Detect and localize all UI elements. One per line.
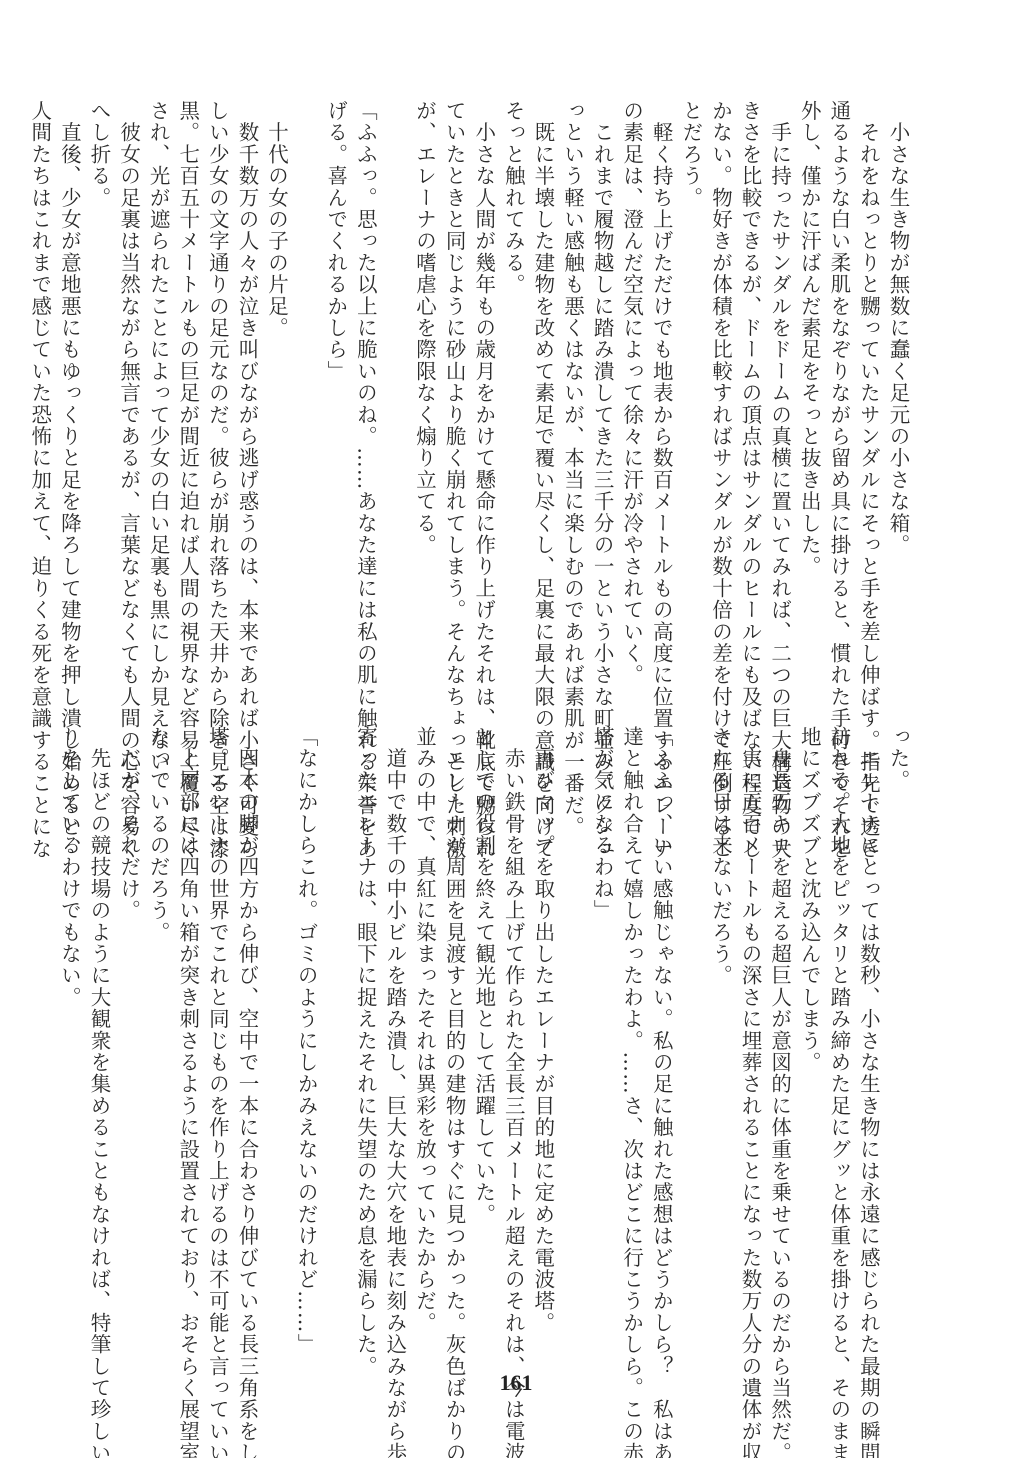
text-line: 地にズブズブと沈み込んでしまう。 (794, 726, 824, 1326)
text-line: った。 (882, 726, 912, 1326)
text-line: なっているのだろう。 (143, 726, 173, 1326)
text-line: へし折る。 (83, 100, 113, 700)
text-block-bottom: った。 エレーナにとっては数秒、小さな生き物には永遠に感じられた最期の瞬間が訪れ… (132, 726, 912, 1326)
text-line: エレーナにとっては数秒、小さな生き物には永遠に感じられた最期の瞬間が (853, 726, 883, 1326)
text-line: が、エレーナの嗜虐心を際限なく煽り立てる。 (409, 100, 439, 700)
text-line: 塔が気になるわね」 (586, 726, 616, 1326)
text-line: 「ふふっ。思った以上に脆いのね。……あなた達には私の肌に触れる栄誉をあ (350, 100, 380, 700)
text-line: 手に持ったサンダルをドームの真横に置いてみれば、二つの巨大構造物の大 (764, 100, 794, 700)
text-line: 数千数万の人々が泣き叫びながら逃げ惑うのは、本来であれば小さく可愛ら (231, 100, 261, 700)
book-page: 小さな生き物が無数に蠢く足元の小さな箱。 それをねっとりと嬲っていたサンダルにそ… (0, 0, 1032, 1458)
text-line: 通るような白い柔肌をなぞりながら留め具に掛けると、慣れた手付きでそれを (823, 100, 853, 700)
text-line: 直後、少女が意地悪にもゆっくりと足を降ろして建物を押し潰し始めると、 (54, 100, 84, 700)
text-line: 十代の女の子の片足。 (261, 100, 291, 700)
text-line (320, 726, 350, 1326)
text-line: 赤い鉄骨を組み上げて作られた全長三百メートル超えのそれは、今は電波塔 (498, 726, 528, 1326)
text-line: 四本の脚が四方から伸び、空中で一本に合わさり伸びている長三角系をした (231, 726, 261, 1326)
text-line: そっと触れてみる。 (498, 100, 528, 700)
text-line: 先ほどの競技場のように大観衆を集めることもなければ、特筆して珍しい造 (83, 726, 113, 1326)
text-line: りをしているわけでもない。 (54, 726, 84, 1326)
text-line: 再びマップを取り出したエレーナが目的地に定めた電波塔。 (527, 726, 557, 1326)
text-line (379, 100, 409, 700)
text-block-top: 小さな生き物が無数に蠢く足元の小さな箱。 それをねっとりと嬲っていたサンダルにそ… (132, 100, 912, 700)
text-line: 黒。七百五十メートルもの巨足が間近に迫れば人間の視界など容易く覆い尽く (172, 100, 202, 700)
page-number: 161 (0, 1370, 1032, 1396)
text-line: きさを比較できるが、ドームの頂点はサンダルのヒールにも及ばない程度でし (734, 100, 764, 700)
text-line: 人間たちはこれまで感じていた恐怖に加えて、迫りくる死を意識することにな (24, 100, 54, 700)
text-line: 道中で数千の中小ビルを踏み潰し、巨大な大穴を地表に刻み込みながら歩み (379, 726, 409, 1326)
text-line (291, 100, 321, 700)
text-line: 実に五百メートルもの深さに埋葬されることになった数万人分の遺体が収容 (734, 726, 764, 1326)
text-line: の素足は、澄んだ空気によって徐々に汗が冷やされていく。 (616, 100, 646, 700)
text-line: 寄ったエレーナは、眼下に捉えたそれに失望のため息を漏らした。 (350, 726, 380, 1326)
text-line: としての役割を終えて観光地として活躍していた。 (468, 726, 498, 1326)
text-line: 彼女の足裏は当然ながら無言であるが、言葉などなくても人間の心を容易く (113, 100, 143, 700)
text-line: とだろう。 (675, 100, 705, 700)
text-line: ていたときと同じように砂山より脆く崩れてしまう。そんなちょっとした刺激 (439, 100, 469, 700)
text-line: げる。喜んでくれるかしら」 (320, 100, 350, 700)
text-line: 既に半壊した建物を改めて素足で覆い尽くし、足裏に最大限の意識を向けて (527, 100, 557, 700)
text-line: 並みの中で、真紅に染まったそれは異彩を放っていたからだ。 (409, 726, 439, 1326)
text-line: 「なにかしらこれ。ゴミのようにしかみえないのだけれど……」 (291, 726, 321, 1326)
text-line (261, 726, 291, 1326)
text-line: 上層部には四角い箱が突き刺さるように設置されており、おそらく展望室と (172, 726, 202, 1326)
text-line: 外し、僅かに汗ばんだ素足をそっと抜き出した。 (794, 100, 824, 700)
text-line: 身長五キロを超える超巨人が意図的に体重を乗せているのだから当然だ。 (764, 726, 794, 1326)
text-line: エレーナが周囲を見渡すと目的の建物はすぐに見つかった。灰色ばかりの町 (439, 726, 469, 1326)
text-line: 訪れる。大地をピッタリと踏み締めた足にグッと体重を掛けると、そのまま大 (823, 726, 853, 1326)
text-line: 達と触れ合えて嬉しかったわよ。……さ、次はどこに行こうかしら。この赤い (616, 726, 646, 1326)
text-line: 塔。エレーナの世界でこれと同じものを作り上げるのは不可能と言っていい。 (202, 726, 232, 1326)
text-line: される日は来ないだろう。 (705, 726, 735, 1326)
text-line: 軽く持ち上げただけでも地表から数百メートルもの高度に位置するエレーナ (646, 100, 676, 700)
text-line: っという軽い感触も悪くはないが、本当に楽しむのであれば素肌が一番だ。 (557, 100, 587, 700)
text-line: これまで履物越しに踏み潰してきた三千分の一という小さな町並み。クシュ (586, 100, 616, 700)
text-line: 「ふふっ、いい感触じゃない。私の足に触れた感想はどうかしら？ 私はあなた (646, 726, 676, 1326)
text-line: だが、それだけ。 (113, 726, 143, 1326)
text-line: それをねっとりと嬲っていたサンダルにそっと手を差し伸ばす。指先で透き (853, 100, 883, 700)
text-line (675, 726, 705, 1326)
text-line: 小さな生き物が無数に蠢く足元の小さな箱。 (882, 100, 912, 700)
text-line: しい少女の文字通りの足元なのだ。彼らが崩れ落ちた天井から除き見る空は漆 (202, 100, 232, 700)
text-line: され、光が遮られたことによって少女の白い足裏も黒にしか見えない。 (143, 100, 173, 700)
text-line: 小さな人間が幾年もの歳月をかけて懸命に作り上げたそれは、靴底で嬲られ (468, 100, 498, 700)
text-line (557, 726, 587, 1326)
text-line: かない。物好きが体積を比較すればサンダルが数十倍の差を付けて圧倒するこ (705, 100, 735, 700)
